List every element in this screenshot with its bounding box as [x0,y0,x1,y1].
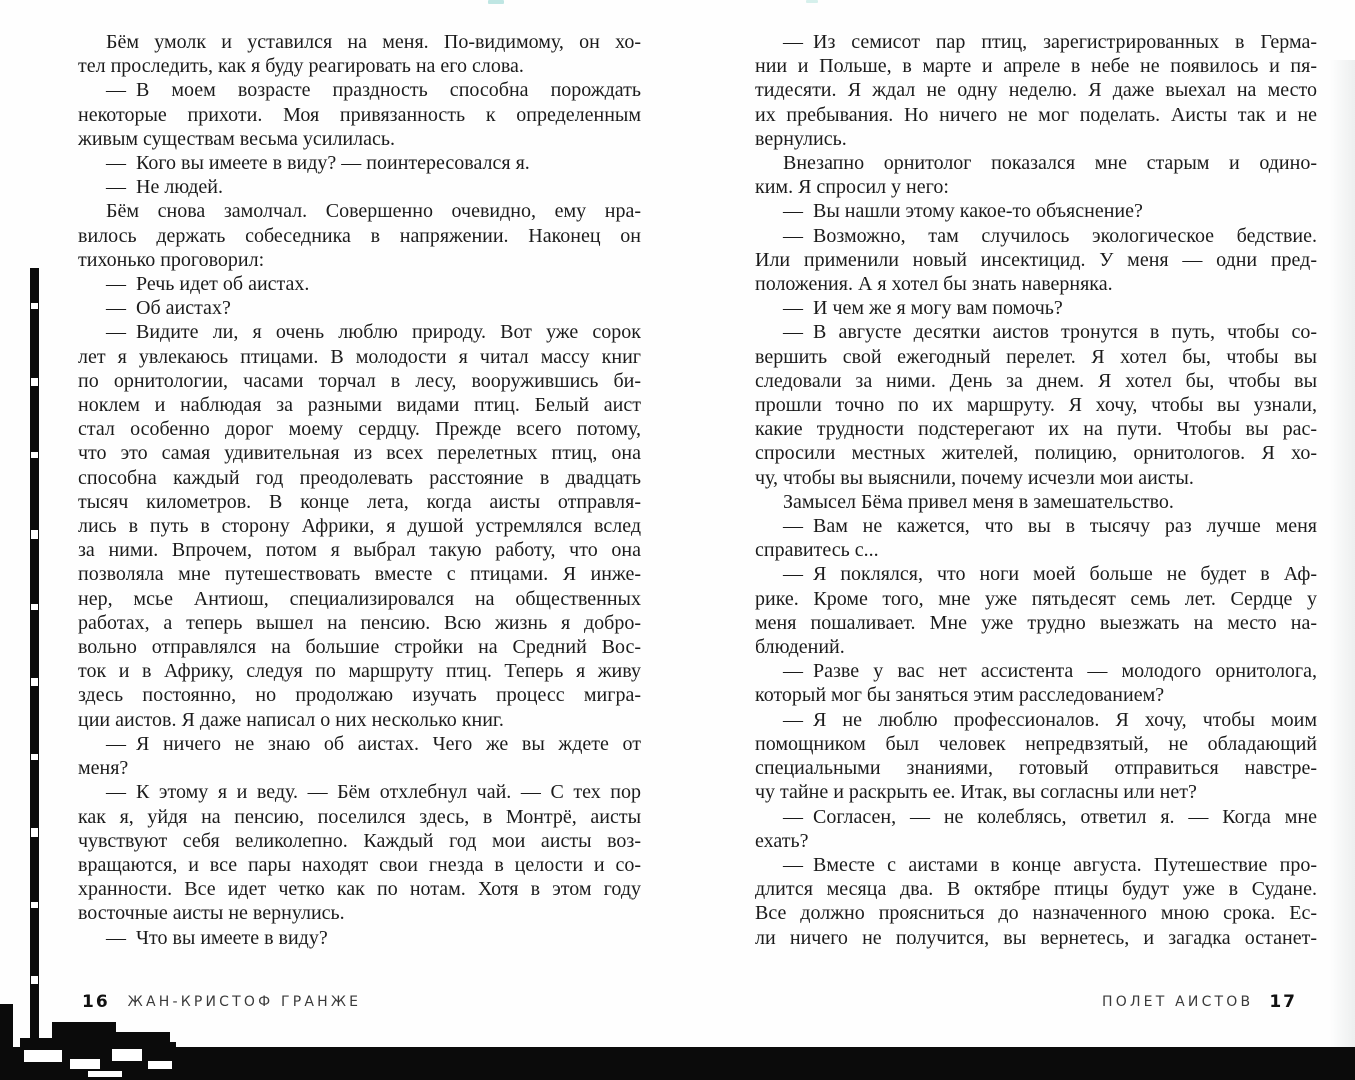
text-line: — В моем возрасте праздность способна по… [78,78,641,102]
paragraph: — Разве у вас нет ассистента — молодого … [755,659,1317,707]
scan-speck [31,378,38,386]
text-line: — К этому я и веду. — Бём отхлебнул чай.… [78,780,641,804]
text-line: ехать? [755,829,1317,853]
text-line: прошли точно по их маршруту. Я хочу, что… [755,393,1317,417]
text-line: вольно отправлялся на большие стройки на… [78,635,641,659]
right-page-number: 17 [1269,992,1297,1012]
text-line: тидесяти. Я ждал не одну неделю. Я даже … [755,78,1317,102]
text-line: тысяч километров. В конце лета, когда аи… [78,490,641,514]
book-spread: Бём умолк и уставился на меня. По-видимо… [0,0,1355,1080]
text-line: рике. Кроме того, мне уже пятьдесят семь… [755,587,1317,611]
scan-bottom-band [0,1047,1355,1080]
scan-speck [31,303,38,309]
text-line: стал особенно дорог моему сердцу. Прежде… [78,417,641,441]
scan-speck [148,1061,172,1069]
paragraph: — Из семисот пар птиц, зарегистрированны… [755,30,1317,151]
scan-speck [31,902,38,908]
paragraph: — К этому я и веду. — Бём отхлебнул чай.… [78,780,641,925]
text-line: — Разве у вас нет ассистента — молодого … [755,659,1317,683]
text-line: — Видите ли, я очень люблю природу. Вот … [78,320,641,344]
left-running-title: ЖАН-КРИСТОФ ГРАНЖЕ [128,994,362,1010]
text-line: тел проследить, как я буду реагировать н… [78,54,641,78]
text-line: следовали за ними. День за днем. Я хотел… [755,369,1317,393]
text-line: вершить свой ежегодный перелет. Я хотел … [755,345,1317,369]
text-line: позволяла мне путешествовать вместе с пт… [78,562,641,586]
text-line: чувствуют себя великолепно. Каждый год м… [78,829,641,853]
text-line: — Вместе с аистами в конце августа. Путе… [755,853,1317,877]
text-line: нер, мсье Антиош, специализировался на о… [78,587,641,611]
text-line: ким. Я спросил у него: [755,175,1317,199]
scan-speck [806,0,818,3]
paragraph: Бём умолк и уставился на меня. По-видимо… [78,30,641,78]
text-line: по орнитологии, часами торчал в лесу, во… [78,369,641,393]
scan-speck [31,678,38,686]
text-line: Бём снова замолчал. Совершенно очевидно,… [78,199,641,223]
scan-corner-blob [20,1038,54,1047]
paragraph: — Не людей. [78,175,641,199]
left-page-number: 16 [82,992,110,1012]
scan-speck [31,530,38,539]
text-line: — Возможно, там случилось экологическое … [755,224,1317,248]
text-line: за ними. Впрочем, потом я выбрал такую р… [78,538,641,562]
text-line: — И чем же я могу вам помочь? [755,296,1317,320]
paragraph: — И чем же я могу вам помочь? [755,296,1317,320]
text-line: — Я не люблю профессионалов. Я хочу, что… [755,708,1317,732]
paragraph: — Кого вы имеете в виду? — поинтересовал… [78,151,641,175]
text-line: как я, уйдя на пенсию, поселился здесь, … [78,805,641,829]
paragraph: — Вместе с аистами в конце августа. Путе… [755,853,1317,950]
text-line: лет я увлекаюсь птицами. В молодости я ч… [78,345,641,369]
text-line: спросили местных жителей, полицию, орнит… [755,441,1317,465]
text-line: тихонько проговорил: [78,248,641,272]
text-line: — Вам не кажется, что вы в тысячу раз лу… [755,514,1317,538]
text-line: меня пошаливает. Мне уже трудно выезжать… [755,611,1317,635]
text-line: чу тайне и раскрыть ее. Итак, вы согласн… [755,780,1317,804]
text-line: вилось держать собеседника в напряжении.… [78,224,641,248]
paragraph: Бём снова замолчал. Совершенно очевидно,… [78,199,641,272]
scan-left-edge-strip [30,268,39,1047]
text-line: ли ничего не получится, вы вернетесь, и … [755,926,1317,950]
scan-corner-blob [0,1004,13,1047]
page-edge-shade [1329,60,1355,1050]
text-line: вращаются, и все пары находят свои гнезд… [78,853,641,877]
left-page-text: Бём умолк и уставился на меня. По-видимо… [78,30,641,950]
text-line: ции аистов. Я даже написал о них несколь… [78,708,641,732]
paragraph: — Согласен, — не колеблясь, ответил я. —… [755,805,1317,853]
scan-speck [31,604,38,610]
paragraph: — Видите ли, я очень люблю природу. Вот … [78,320,641,731]
paragraph: — Я поклялся, что ноги моей больше не бу… [755,562,1317,659]
text-line: ток и в Африку, следуя по маршруту птиц.… [78,659,641,683]
paragraph: — Что вы имеете в виду? [78,926,641,950]
text-line: Или применили новый инсектицид. У меня —… [755,248,1317,272]
text-line: блюдений. [755,635,1317,659]
paragraph: Замысел Бёма привел меня в замешательств… [755,490,1317,514]
text-line: меня? [78,756,641,780]
scan-speck [31,754,38,760]
scan-speck [88,1071,122,1077]
right-running-title: ПОЛЕТ АИСТОВ [1102,994,1253,1010]
paragraph: Внезапно орнитолог показался мне старым … [755,151,1317,199]
text-line: — Я поклялся, что ноги моей больше не бу… [755,562,1317,586]
paragraph: — Вы нашли этому какое-то объяснение? [755,199,1317,223]
text-line: — Вы нашли этому какое-то объяснение? [755,199,1317,223]
right-page-text: — Из семисот пар птиц, зарегистрированны… [755,30,1317,950]
paragraph: — Об аистах? [78,296,641,320]
paragraph: — Возможно, там случилось экологическое … [755,224,1317,297]
text-line: живым существам весьма усилилась. [78,127,641,151]
text-line: — Об аистах? [78,296,641,320]
text-line: вернулись. [755,127,1317,151]
text-line: — Что вы имеете в виду? [78,926,641,950]
text-line: Замысел Бёма привел меня в замешательств… [755,490,1317,514]
paragraph: — Речь идет об аистах. [78,272,641,296]
paragraph: — В августе десятки аистов тронутся в пу… [755,320,1317,489]
scan-speck [31,828,38,837]
text-line: ноклем и наблюдая за разными видами птиц… [78,393,641,417]
paragraph: — Я ничего не знаю об аистах. Чего же вы… [78,732,641,780]
text-line: нии и Польше, в марте и апреле в небе не… [755,54,1317,78]
text-line: некоторые прихоти. Моя привязанность к о… [78,103,641,127]
text-line: здесь постоянно, но продолжаю изучать пр… [78,683,641,707]
text-line: хранности. Все идет четко как по нотам. … [78,877,641,901]
text-line: положения. А я хотел бы знать наверняка. [755,272,1317,296]
text-line: восточные аисты не вернулись. [78,901,641,925]
scan-speck [488,0,504,4]
text-line: помощником был человек непредвзятый, не … [755,732,1317,756]
left-page-footer: 16 ЖАН-КРИСТОФ ГРАНЖЕ [82,991,361,1013]
text-line: что это самая удивительная из всех перел… [78,441,641,465]
text-line: Бём умолк и уставился на меня. По-видимо… [78,30,641,54]
text-line: — Из семисот пар птиц, зарегистрированны… [755,30,1317,54]
scan-speck [31,452,38,458]
scan-speck [70,1059,100,1069]
scan-speck [112,1049,142,1061]
text-line: чу, чтобы вы выяснили, почему исчезли мо… [755,466,1317,490]
text-line: справитесь с... [755,538,1317,562]
text-line: специальными знаниями, готовый отправить… [755,756,1317,780]
scan-speck [31,976,38,984]
text-line: Все должно проясниться до назначенного м… [755,901,1317,925]
paragraph: — В моем возрасте праздность способна по… [78,78,641,151]
text-line: способна каждый год преодолевать расстоя… [78,466,641,490]
text-line: Внезапно орнитолог показался мне старым … [755,151,1317,175]
text-line: какие трудности подстерегают их на пути.… [755,417,1317,441]
text-line: который мог бы заняться этим расследован… [755,683,1317,707]
scan-speck [24,1050,62,1062]
paragraph: — Я не люблю профессионалов. Я хочу, что… [755,708,1317,805]
text-line: их пребывания. Но ничего не мог поделать… [755,103,1317,127]
text-line: длится месяца два. В октябре птицы будут… [755,877,1317,901]
right-page-footer: ПОЛЕТ АИСТОВ 17 [1102,991,1297,1013]
text-line: — Согласен, — не колеблясь, ответил я. —… [755,805,1317,829]
text-line: — Речь идет об аистах. [78,272,641,296]
paragraph: — Вам не кажется, что вы в тысячу раз лу… [755,514,1317,562]
text-line: — Не людей. [78,175,641,199]
text-line: — Кого вы имеете в виду? — поинтересовал… [78,151,641,175]
text-line: лись в путь в сторону Африки, я душой ус… [78,514,641,538]
text-line: — Я ничего не знаю об аистах. Чего же вы… [78,732,641,756]
text-line: работах, а теперь вышел на пенсию. Всю ж… [78,611,641,635]
text-line: — В августе десятки аистов тронутся в пу… [755,320,1317,344]
